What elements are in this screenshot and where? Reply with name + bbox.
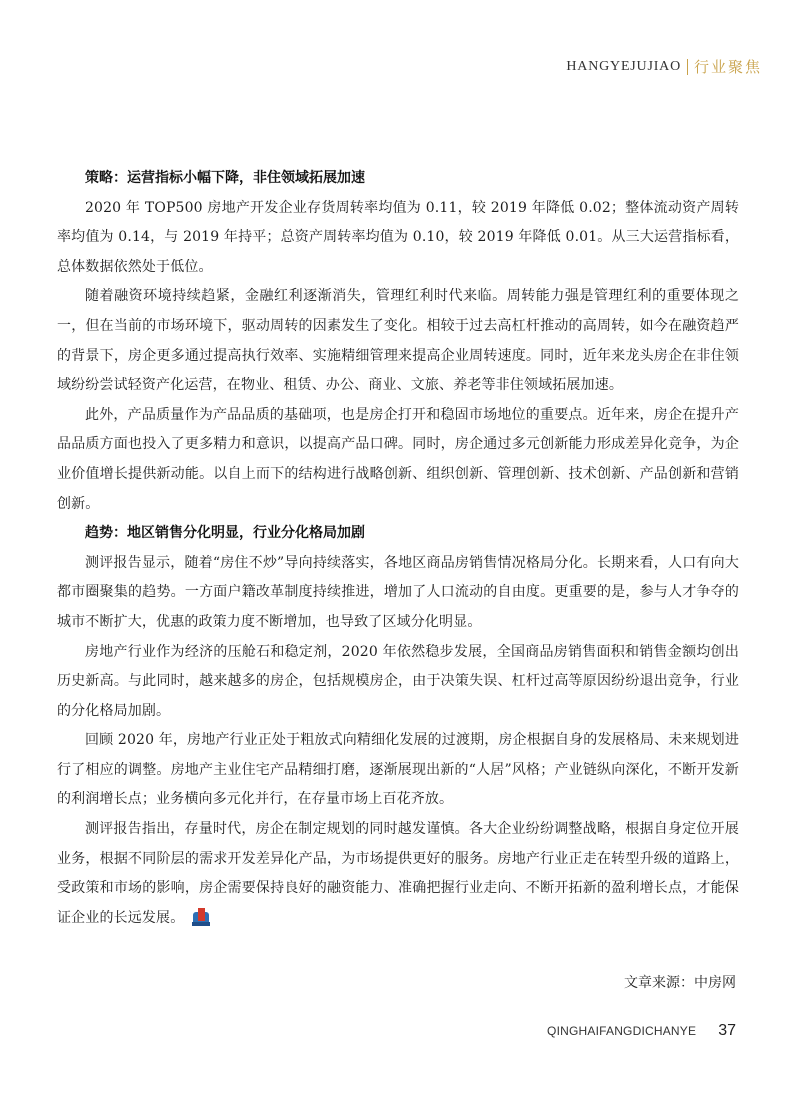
section-title-zh: 行业聚焦: [694, 56, 762, 77]
section-heading-strategy: 策略：运营指标小幅下降，非住领域拓展加速: [57, 164, 739, 194]
page-footer: QINGHAIFANGDICHANYE 37: [547, 1022, 736, 1040]
paragraph: 测评报告显示，随着“房住不炒”导向持续落实，各地区商品房销售情况格局分化。长期来…: [57, 549, 739, 638]
paragraph-text: 测评报告指出，存量时代，房企在制定规划的同时越发谨慎。各大企业纷纷调整战略，根据…: [57, 821, 739, 926]
article-body: 策略：运营指标小幅下降，非住领域拓展加速 2020 年 TOP500 房地产开发…: [57, 164, 739, 933]
paragraph: 随着融资环境持续趋紧，金融红利逐渐消失，管理红利时代来临。周转能力强是管理红利的…: [57, 282, 739, 400]
page-number: 37: [718, 1022, 736, 1040]
magazine-name: QINGHAIFANGDICHANYE: [547, 1024, 696, 1038]
article-source: 文章来源：中房网: [624, 972, 736, 992]
paragraph: 此外，产品质量作为产品品质的基础项，也是房企打开和稳固市场地位的重要点。近年来，…: [57, 401, 739, 519]
paragraph-final: 测评报告指出，存量时代，房企在制定规划的同时越发谨慎。各大企业纷纷调整战略，根据…: [57, 815, 739, 933]
publication-logo-icon: [192, 906, 210, 926]
paragraph: 回顾 2020 年，房地产行业正处于粗放式向精细化发展的过渡期，房企根据自身的发…: [57, 726, 739, 815]
section-title-en: HANGYEJUJIAO: [566, 59, 681, 75]
section-heading-trend: 趋势：地区销售分化明显，行业分化格局加剧: [57, 519, 739, 549]
paragraph: 2020 年 TOP500 房地产开发企业存货周转率均值为 0.11，较 201…: [57, 194, 739, 283]
paragraph: 房地产行业作为经济的压舱石和稳定剂，2020 年依然稳步发展，全国商品房销售面积…: [57, 638, 739, 727]
section-header: HANGYEJUJIAO 行业聚焦: [566, 56, 762, 77]
header-divider: [687, 59, 688, 75]
